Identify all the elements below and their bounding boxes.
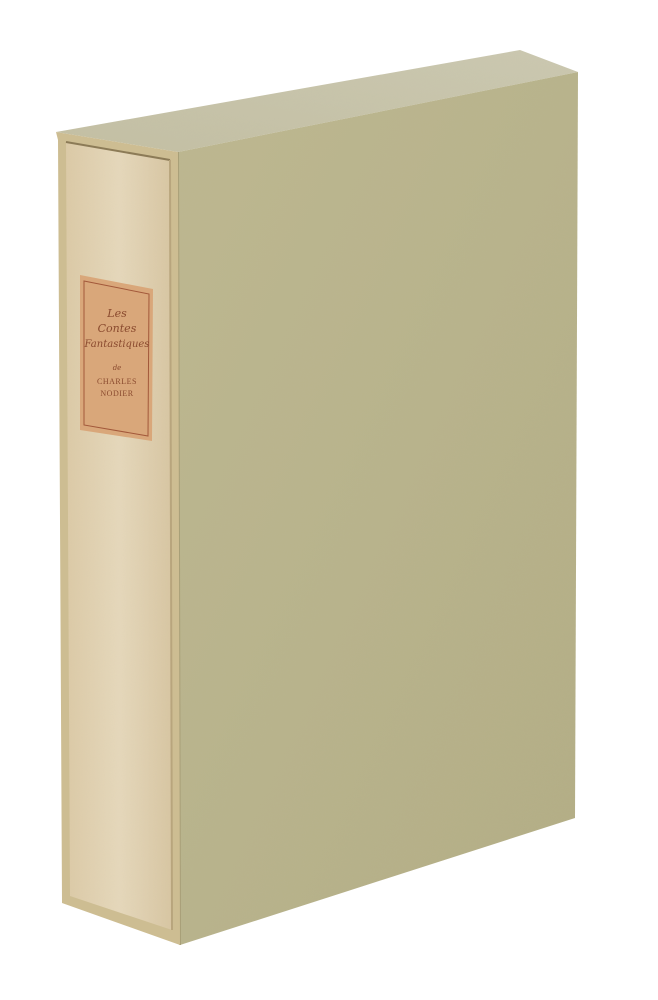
- label-author-last: NODIER: [100, 389, 133, 398]
- label-de: de: [113, 364, 122, 372]
- label-title-line1: Les: [106, 307, 127, 320]
- slipcase-front-face: [178, 72, 578, 945]
- label-title-line3: Fantastiques: [84, 339, 150, 350]
- label-title-line2: Contes: [98, 322, 137, 335]
- label-author-first: CHARLES: [97, 377, 137, 386]
- spine-label: Les Contes Fantastiques de CHARLES NODIE…: [80, 275, 153, 441]
- slipcase-photo: Les Contes Fantastiques de CHARLES NODIE…: [0, 0, 658, 1000]
- book-spine: [66, 142, 172, 930]
